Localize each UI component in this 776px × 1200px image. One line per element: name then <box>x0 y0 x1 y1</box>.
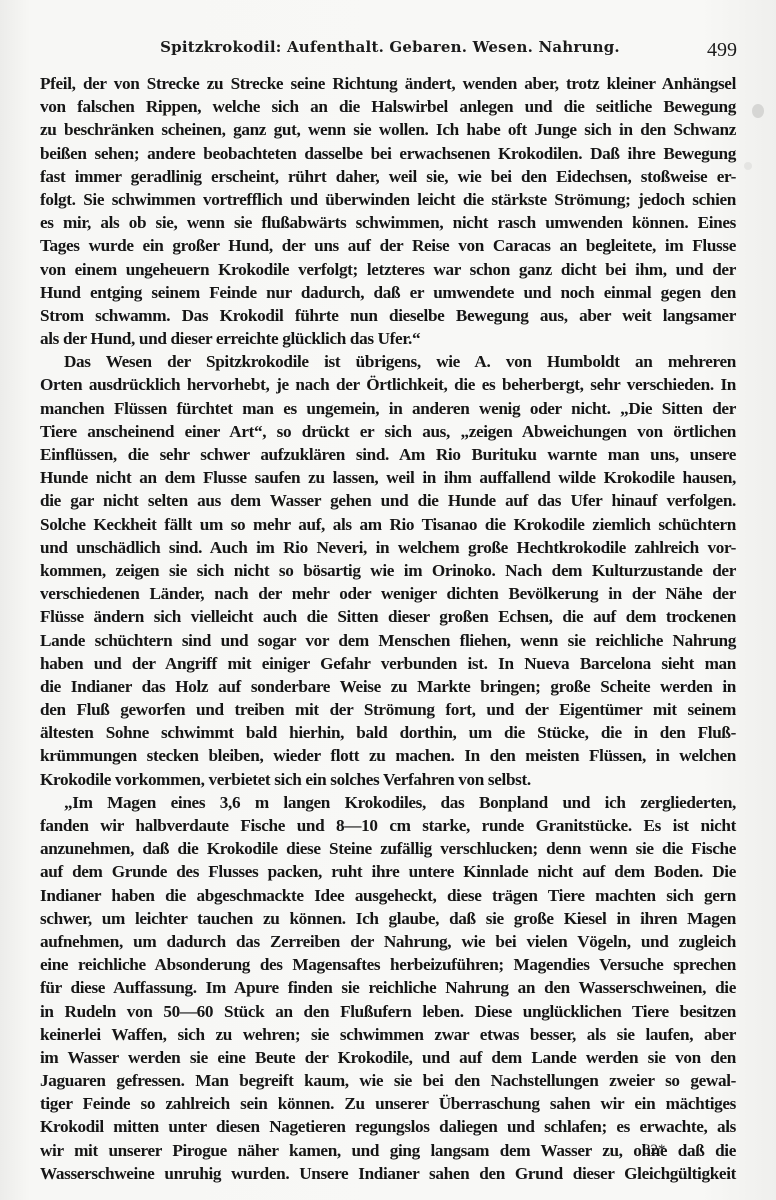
text-line: Hunde nicht an dem Flusse saufen zu lass… <box>40 466 736 489</box>
text-line: verschiedenen Länder, nach der mehr oder… <box>40 582 736 605</box>
text-line: Lande schüchtern sind und sogar vor dem … <box>40 629 736 652</box>
text-line: Orten ausdrücklich hervorhebt, je nach d… <box>40 373 736 396</box>
text-line: den Fluß geworfen und treiben mit der St… <box>40 698 736 721</box>
body-text: Pfeil, der von Strecke zu Strecke seine … <box>40 72 736 1185</box>
text-line: als der Hund, und dieser erreichte glück… <box>40 327 736 350</box>
text-line: in Rudeln von 50—60 Stück an den Flußufe… <box>40 1000 736 1023</box>
paper-speck <box>752 104 764 118</box>
text-line: Hund entging seinem Feinde nur dadurch, … <box>40 281 736 304</box>
text-line: zu beschränken scheinen, ganz gut, wenn … <box>40 118 736 141</box>
text-line: manchen Flüssen fürchtet man es ungemein… <box>40 397 736 420</box>
text-line: Krokodil mitten unter diesen Nagetieren … <box>40 1115 736 1138</box>
text-line: beißen sehen; andere beobachteten dassel… <box>40 142 736 165</box>
book-page: Spitzkrokodil: Aufenthalt. Gebaren. Wese… <box>0 0 776 1200</box>
text-line: schwer, um leichter tauchen zu können. I… <box>40 907 736 930</box>
text-line: tiger Feinde so zahlreich sein können. Z… <box>40 1092 736 1115</box>
text-line: Tages wurde ein großer Hund, der uns auf… <box>40 234 736 257</box>
text-line: fanden wir halbverdaute Fische und 8—10 … <box>40 814 736 837</box>
text-line: haben und der Angriff mit einiger Gefahr… <box>40 652 736 675</box>
text-line: ältesten Sohne schwimmt bald hierhin, ba… <box>40 721 736 744</box>
text-line: im Wasser werden sie eine Beute der Krok… <box>40 1046 736 1069</box>
text-line: eine reichliche Absonderung des Magensaf… <box>40 953 736 976</box>
text-line: keinerlei Waffen, sich zu wehren; sie sc… <box>40 1023 736 1046</box>
text-line: für diese Auffassung. Im Apure finden si… <box>40 976 736 999</box>
text-line: Strom schwamm. Das Krokodil führte nun d… <box>40 304 736 327</box>
text-line: anzunehmen, daß die Krokodile diese Stei… <box>40 837 736 860</box>
text-line: „Im Magen eines 3,6 m langen Krokodiles,… <box>40 791 736 814</box>
text-line: Flüsse ändern sich vielleicht auch die S… <box>40 605 736 628</box>
text-line: Einflüssen, die sehr schwer aufzuklären … <box>40 443 736 466</box>
paper-speck <box>744 162 752 170</box>
text-line: krümmungen stecken bleiben, wieder flott… <box>40 744 736 767</box>
text-line: Pfeil, der von Strecke zu Strecke seine … <box>40 72 736 95</box>
signature-mark: 32* <box>643 1142 666 1159</box>
running-head: Spitzkrokodil: Aufenthalt. Gebaren. Wese… <box>40 38 740 62</box>
text-line: Jaguaren gefressen. Man begreift kaum, w… <box>40 1069 736 1092</box>
text-line: Das Wesen der Spitzkrokodile ist übrigen… <box>40 350 736 373</box>
text-line: Solche Keckheit fällt um so mehr auf, al… <box>40 513 736 536</box>
text-line: Indianer haben die abgeschmackte Idee au… <box>40 884 736 907</box>
text-line: von einem ungeheuern Krokodile verfolgt;… <box>40 258 736 281</box>
text-line: und unschädlich sind. Auch im Rio Neveri… <box>40 536 736 559</box>
text-line: es mir, als ob sie, wenn sie flußabwärts… <box>40 211 736 234</box>
text-line: Krokodile vorkommen, verbietet sich ein … <box>40 768 736 791</box>
text-line: von falschen Rippen, welche sich an die … <box>40 95 736 118</box>
text-line: folgt. Sie schwimmen vortrefflich und üb… <box>40 188 736 211</box>
text-line: wir mit unserer Pirogue näher kamen, und… <box>40 1139 736 1162</box>
page-number: 499 <box>707 39 737 62</box>
text-line: Wasserschweine unruhig wurden. Unsere In… <box>40 1162 736 1185</box>
text-line: kommen, zeigen sie sich nicht so bösarti… <box>40 559 736 582</box>
text-line: fast immer geradlinig erscheint, rührt d… <box>40 165 736 188</box>
text-line: aufnehmen, um dadurch das Zerreiben der … <box>40 930 736 953</box>
text-line: die Indianer das Holz auf sonderbare Wei… <box>40 675 736 698</box>
text-line: die gar nicht selten aus dem Wasser gehe… <box>40 489 736 512</box>
text-line: auf dem Grunde des Flusses packen, ruht … <box>40 860 736 883</box>
running-title: Spitzkrokodil: Aufenthalt. Gebaren. Wese… <box>40 38 740 56</box>
text-line: Tiere anscheinend einer Art“, so drückt … <box>40 420 736 443</box>
